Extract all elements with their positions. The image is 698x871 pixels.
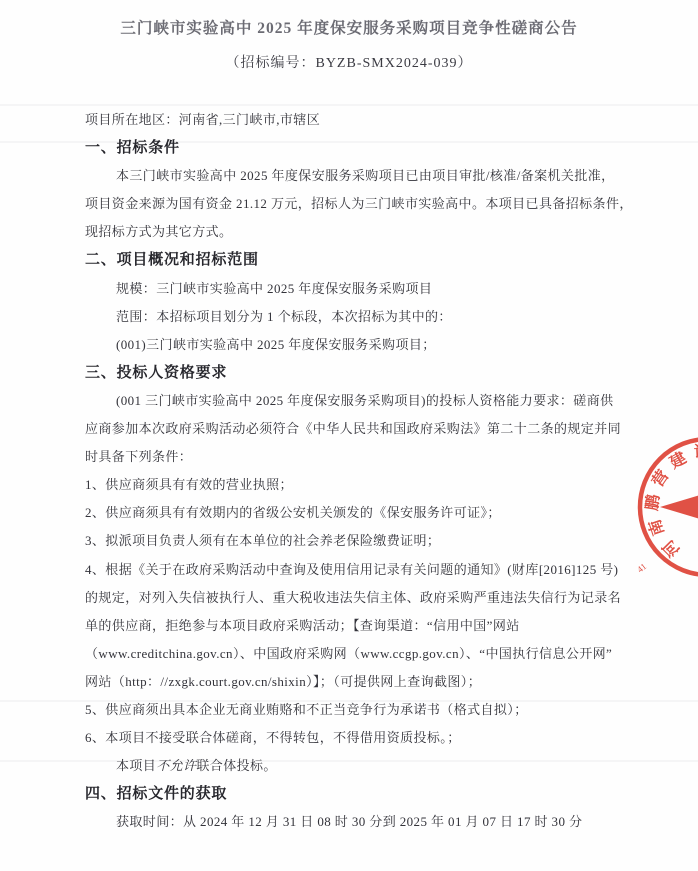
seal-star-icon	[660, 457, 698, 557]
paragraph-line: 项目资金来源为国有资金 21.12 万元，招标人为三门峡市实验高中。本项目已具备…	[85, 190, 645, 218]
seal-arc-text: 河南鹏营建设	[642, 442, 698, 560]
requirement-item: 1、供应商须具有有效的营业执照；	[85, 471, 645, 499]
document-body: 项目所在地区：河南省,三门峡市,市辖区 一、招标条件 本三门峡市实验高中 202…	[85, 106, 645, 836]
joint-bid-suffix: 联合体投标。	[196, 758, 276, 773]
acquisition-time: 获取时间：从 2024 年 12 月 31 日 08 时 30 分到 2025 …	[85, 808, 645, 836]
section-1-heading: 一、招标条件	[85, 134, 645, 162]
requirement-item: 4、根据《关于在政府采购活动中查询及使用信用记录有关问题的通知》(财库[2016…	[85, 556, 645, 584]
requirement-item: 3、拟派项目负责人须有在本单位的社会养老保险缴费证明；	[85, 527, 645, 555]
requirement-item: 2、供应商须具有有效期内的省级公安机关颁发的《保安服务许可证》；	[85, 499, 645, 527]
requirement-item: 单的供应商，拒绝参与本项目政府采购活动；【查询渠道：“信用中国”网站	[85, 612, 645, 640]
requirement-item: 5、供应商须出具本企业无商业贿赂和不正当竞争行为承诺书（格式自拟）；	[85, 696, 645, 724]
requirement-item: （www.creditchina.gov.cn）、中国政府采购网（www.ccg…	[85, 640, 645, 668]
joint-bid-emphasis: 不允许	[156, 758, 196, 773]
paragraph-line: 现招标方式为其它方式。	[85, 218, 645, 246]
document-title: 三门峡市实验高中 2025 年度保安服务采购项目竞争性磋商公告	[40, 16, 658, 38]
requirement-item: 6、本项目不接受联合体磋商，不得转包，不得借用资质投标。；	[85, 724, 645, 752]
section-2-heading: 二、项目概况和招标范围	[85, 246, 645, 274]
document-page: 三门峡市实验高中 2025 年度保安服务采购项目竞争性磋商公告 （招标编号：BY…	[0, 0, 698, 871]
project-location: 项目所在地区：河南省,三门峡市,市辖区	[85, 106, 645, 134]
requirement-item: 的规定，对列入失信被执行人、重大税收违法失信主体、政府采购严重违法失信行为记录名	[85, 584, 645, 612]
paragraph-line: 时具备下列条件：	[85, 443, 645, 471]
tender-number: （招标编号：BYZB-SMX2024-039）	[0, 52, 698, 72]
section-4-heading: 四、招标文件的获取	[85, 780, 645, 808]
joint-bid-note: 本项目不允许联合体投标。	[85, 752, 645, 780]
paragraph-line: (001 三门峡市实验高中 2025 年度保安服务采购项目)的投标人资格能力要求…	[85, 387, 645, 415]
joint-bid-prefix: 本项目	[116, 758, 156, 773]
paragraph-line: 应商参加本次政府采购活动必须符合《中华人民共和国政府采购法》第二十二条的规定并同	[85, 415, 645, 443]
section-3-heading: 三、投标人资格要求	[85, 359, 645, 387]
requirement-item: 网站（http：//zxgk.court.gov.cn/shixin）】；（可提…	[85, 668, 645, 696]
paragraph-line: 范围：本招标项目划分为 1 个标段，本次招标为其中的：	[85, 303, 645, 331]
svg-text:河南鹏营建设: 河南鹏营建设	[642, 442, 698, 560]
paragraph-line: 本三门峡市实验高中 2025 年度保安服务采购项目已由项目审批/核准/备案机关批…	[85, 162, 645, 190]
paragraph-line: (001)三门峡市实验高中 2025 年度保安服务采购项目；	[85, 331, 645, 359]
paragraph-line: 规模：三门峡市实验高中 2025 年度保安服务采购项目	[85, 275, 645, 303]
